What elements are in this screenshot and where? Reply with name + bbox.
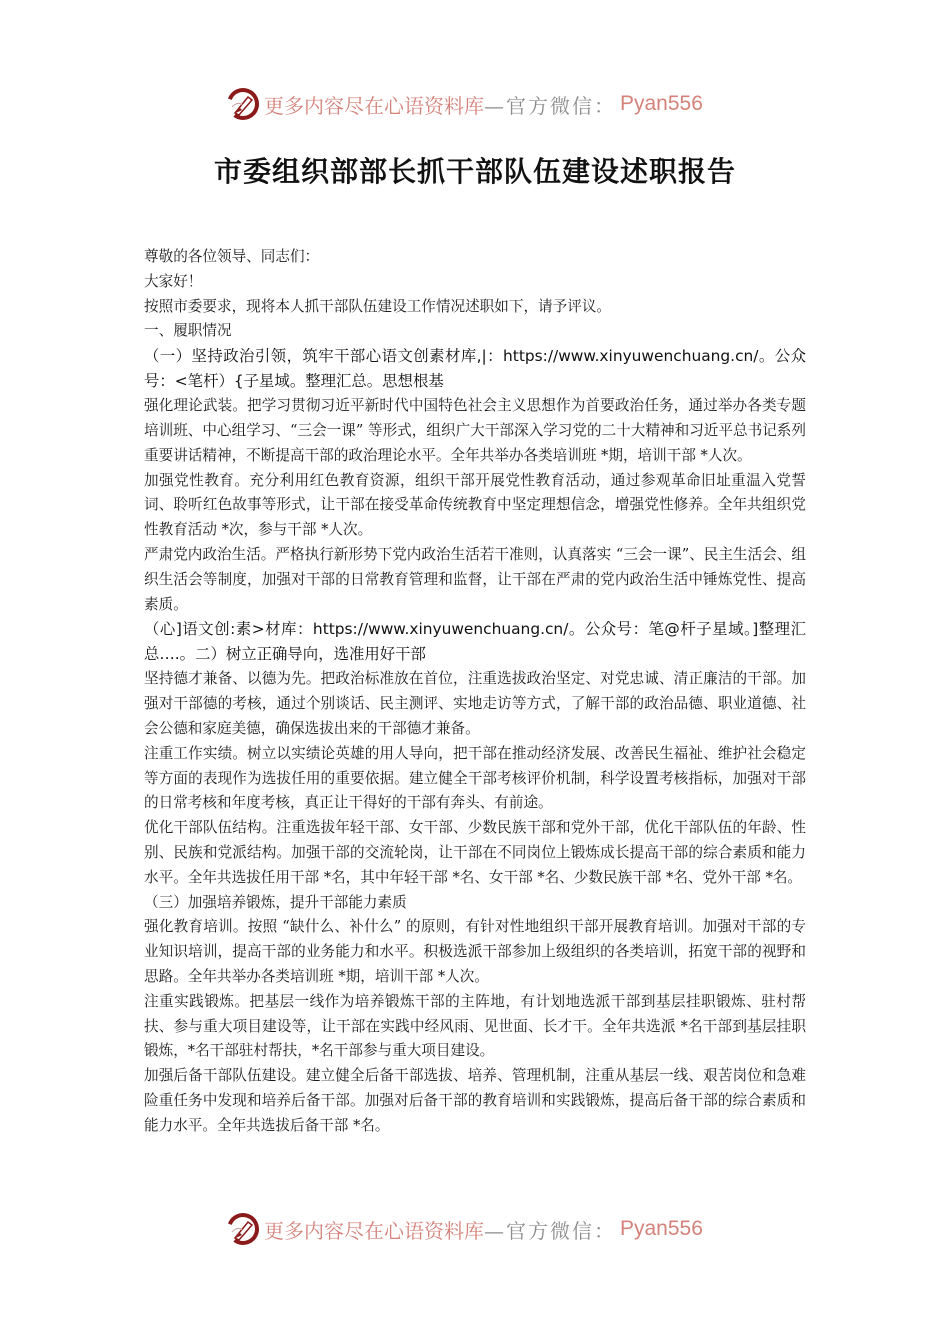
paragraph-practice: 注重实践锻炼。把基层一线作为培养锻炼干部的主阵地，有计划地选派干部到基层挂职锻炼… [144,990,806,1064]
paragraph-training: 强化教育培训。按照 “缺什么、补什么” 的原则，有针对性地组织干部开展教育培训。… [144,915,806,989]
greeting: 大家好！ [144,270,806,295]
footer-watermark: 更多内容尽在心语资料库 —官方微信： Pyan556 [226,1209,726,1249]
document-body: 尊敬的各位领导、同志们： 大家好！ 按照市委要求，现将本人抓干部队伍建设工作情况… [144,245,806,1139]
document-title: 市委组织部部长抓干部队伍建设述职报告 [0,150,950,190]
paragraph-reserve-cadres: 加强后备干部队伍建设。建立健全后备干部选拔、培养、管理机制，注重从基层一线、艰苦… [144,1064,806,1138]
paragraph-performance: 注重工作实绩。树立以实绩论英雄的用人导向，把干部在推动经济发展、改善民生福祉、维… [144,742,806,816]
subsection-heading-3: （三）加强培养锻炼，提升干部能力素质 [144,891,806,916]
watermark-wechat-label: —官方微信： [484,90,616,119]
quill-pen-logo-icon [226,87,260,121]
paragraph-structure: 优化干部队伍结构。注重选拔年轻干部、女干部、少数民族干部和党外干部，优化干部队伍… [144,816,806,890]
paragraph-theory: 强化理论武装。把学习贯彻习近平新时代中国特色社会主义思想作为首要政治任务，通过举… [144,394,806,468]
paragraph-political-life: 严肃党内政治生活。严格执行新形势下党内政治生活若干准则，认真落实 “三会一课”、… [144,543,806,617]
quill-pen-logo-icon [226,1212,260,1246]
watermark-wechat-id: Pyan556 [620,92,703,116]
subsection-heading-1: （一）坚持政治引领，筑牢干部心语文创素材库,|：https://www.xiny… [144,344,806,394]
watermark-slogan: 更多内容尽在心语资料库 [264,90,484,119]
subsection-heading-2: （心]语文创:素>材库：https://www.xinyuwenchuang.c… [144,617,806,667]
intro-paragraph: 按照市委要求，现将本人抓干部队伍建设工作情况述职如下，请予评议。 [144,295,806,320]
section-heading-1: 一、履职情况 [144,319,806,344]
paragraph-party-spirit: 加强党性教育。充分利用红色教育资源，组织干部开展党性教育活动，通过参观革命旧址重… [144,469,806,543]
salutation: 尊敬的各位领导、同志们： [144,245,806,270]
paragraph-virtue: 坚持德才兼备、以德为先。把政治标准放在首位，注重选拔政治坚定、对党忠诚、清正廉洁… [144,667,806,741]
header-watermark: 更多内容尽在心语资料库 —官方微信： Pyan556 [226,84,726,124]
watermark-wechat-label: —官方微信： [484,1215,616,1244]
watermark-wechat-id: Pyan556 [620,1217,703,1241]
watermark-slogan: 更多内容尽在心语资料库 [264,1215,484,1244]
